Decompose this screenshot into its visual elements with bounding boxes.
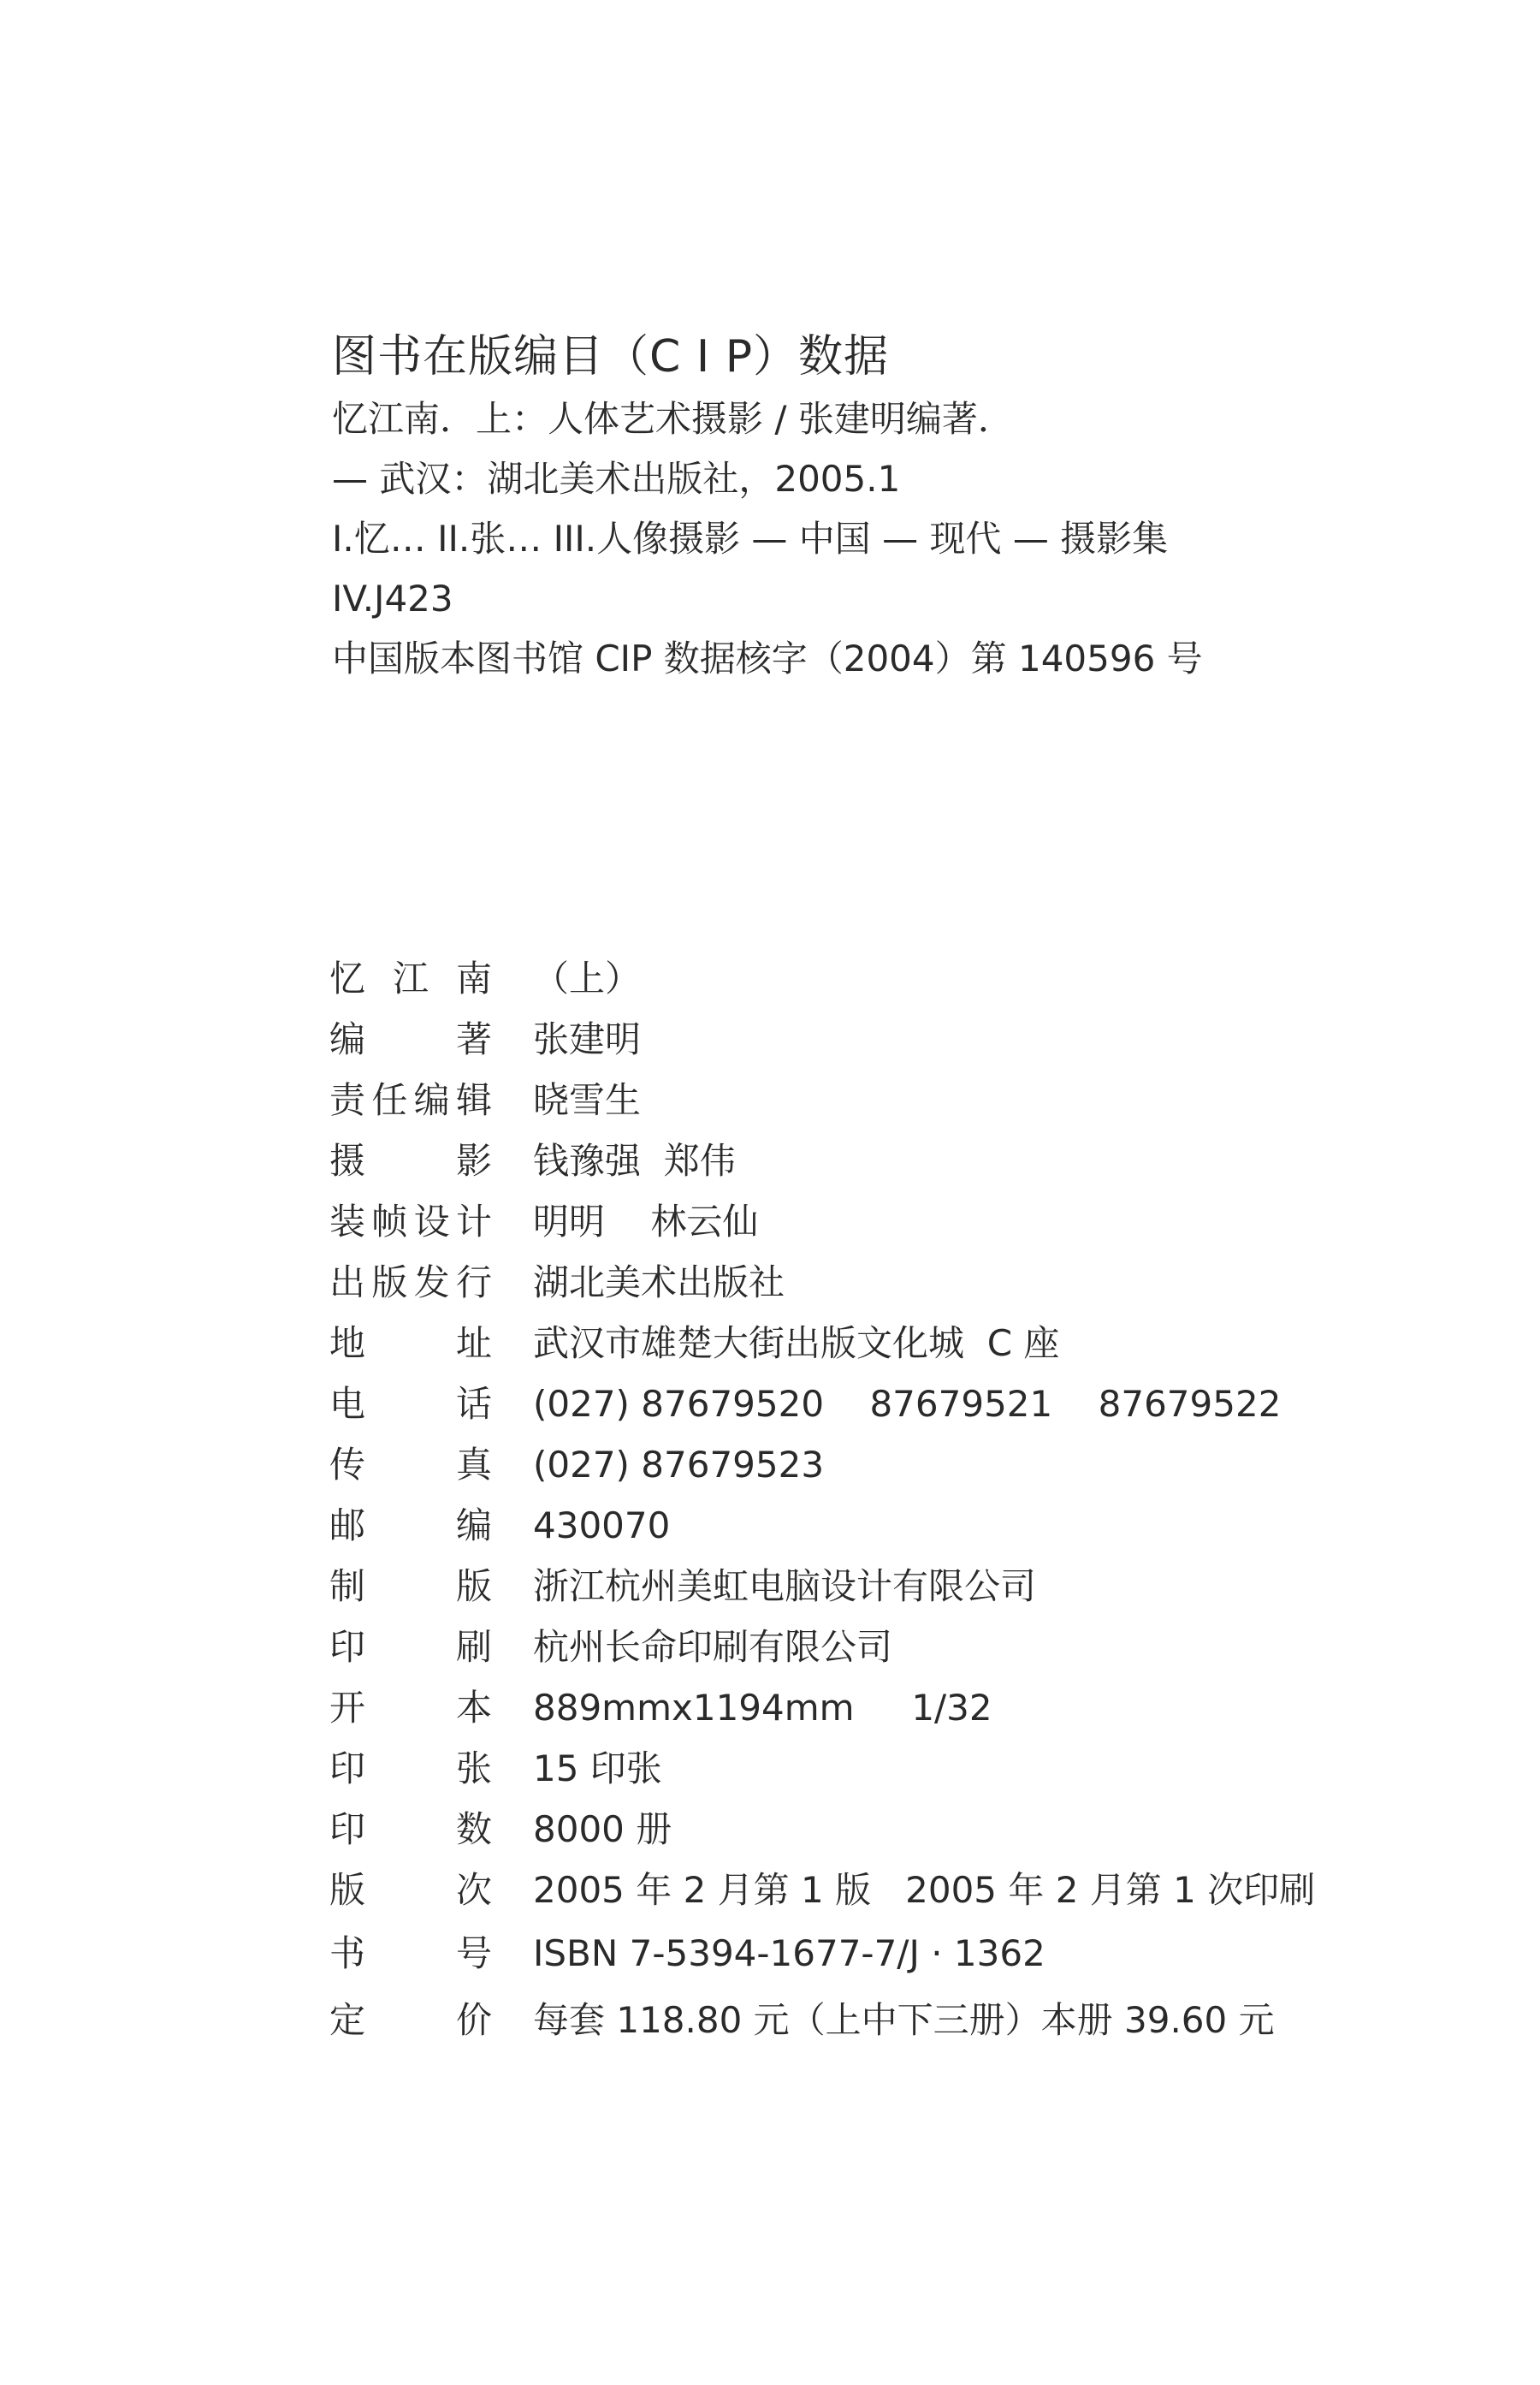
cip-line-subjects: I.忆… II.张… III.人像摄影 — 中国 — 现代 — 摄影集 [332,509,1203,569]
info-label-char: 出 [329,1252,365,1313]
info-label-char: 址 [456,1313,492,1373]
info-label-char: 装 [329,1191,365,1252]
info-label-char: 传 [329,1434,365,1495]
info-label-char: 辑 [456,1070,492,1130]
info-label-char: 书 [329,1920,365,1987]
info-value: ISBN 7-5394-1677-7/J · 1362 [533,1920,1045,1987]
info-value: 钱豫强 郑伟 [533,1130,736,1191]
info-label-char: 本 [456,1677,492,1738]
info-label-char: 电 [329,1373,365,1434]
info-label-char: 设 [414,1191,450,1252]
info-label-char: 南 [456,948,492,1009]
info-label-char: 价 [456,1987,492,2054]
info-value: （上） [533,948,641,1009]
info-label: 书号 [329,1920,492,1987]
info-label: 出版发行 [329,1252,492,1313]
info-label-char: 刷 [456,1617,492,1677]
info-value: 张建明 [533,1009,641,1070]
info-label: 忆江南 [329,948,492,1009]
info-label-char: 编 [329,1009,365,1070]
info-label-char: 数 [456,1799,492,1860]
info-value: 明明 林云仙 [533,1191,758,1252]
info-value: 8000 册 [533,1799,672,1860]
info-label-char: 印 [329,1738,365,1799]
info-label-char: 著 [456,1009,492,1070]
info-label-char: 开 [329,1677,365,1738]
cip-title: 图书在版编目（C I P）数据 [332,329,1203,384]
info-value: 889mmx1194mm 1/32 [533,1677,992,1738]
info-value: 晓雪生 [533,1070,641,1130]
info-label: 开本 [329,1677,492,1738]
info-value: 浙江杭州美虹电脑设计有限公司 [533,1556,1036,1617]
info-label-char: 摄 [329,1130,365,1191]
info-label: 编著 [329,1009,492,1070]
info-label-char: 影 [456,1130,492,1191]
info-value: 武汉市雄楚大街出版文化城 C 座 [533,1313,1059,1373]
info-label-char: 行 [456,1252,492,1313]
info-label: 印刷 [329,1617,492,1677]
info-label-char: 印 [329,1617,365,1677]
info-label-char: 江 [393,948,429,1009]
info-label-char: 责 [329,1070,365,1130]
cip-line-classification: IV.J423 [332,569,1203,629]
info-label-char: 版 [456,1556,492,1617]
info-label-char: 编 [456,1495,492,1556]
cip-block: 图书在版编目（C I P）数据 忆江南．上：人体艺术摄影 / 张建明编著． — … [332,329,1203,689]
info-label-char: 发 [414,1252,450,1313]
info-label-char: 真 [456,1434,492,1495]
cip-line-verification: 中国版本图书馆 CIP 数据核字（2004）第 140596 号 [332,629,1203,689]
info-label-char: 任 [371,1070,407,1130]
info-label: 版次 [329,1860,492,1920]
info-value: 2005 年 2 月第 1 版 2005 年 2 月第 1 次印刷 [533,1860,1315,1920]
info-label-char: 帧 [371,1191,407,1252]
info-label-char: 邮 [329,1495,365,1556]
info-label: 定价 [329,1987,492,2054]
info-label: 责任编辑 [329,1070,492,1130]
info-label-char: 版 [329,1860,365,1920]
cip-line-publisher: — 武汉：湖北美术出版社，2005.1 [332,449,1203,509]
info-label-char: 计 [456,1191,492,1252]
info-value: (027) 87679523 [533,1434,824,1495]
info-label-char: 制 [329,1556,365,1617]
cip-line-title-author: 忆江南．上：人体艺术摄影 / 张建明编著． [332,389,1203,449]
info-label-char: 定 [329,1987,365,2054]
info-label: 印数 [329,1799,492,1860]
info-label: 摄影 [329,1130,492,1191]
info-label: 电话 [329,1373,492,1434]
info-label-char: 话 [456,1373,492,1434]
info-value: 430070 [533,1495,670,1556]
info-label-char: 忆 [329,948,365,1009]
info-value: 湖北美术出版社 [533,1252,785,1313]
info-label-char: 印 [329,1799,365,1860]
info-label: 地址 [329,1313,492,1373]
info-value: (027) 87679520 87679521 87679522 [533,1373,1281,1434]
info-label-char: 张 [456,1738,492,1799]
info-label-char: 次 [456,1860,492,1920]
info-label: 制版 [329,1556,492,1617]
info-label-char: 版 [371,1252,407,1313]
info-value: 15 印张 [533,1738,662,1799]
info-label-char: 编 [414,1070,450,1130]
info-label-char: 地 [329,1313,365,1373]
info-label: 传真 [329,1434,492,1495]
info-label-char: 号 [456,1920,492,1987]
info-label: 邮编 [329,1495,492,1556]
info-value: 杭州长命印刷有限公司 [533,1617,892,1677]
info-label: 印张 [329,1738,492,1799]
info-label: 装帧设计 [329,1191,492,1252]
info-value: 每套 118.80 元（上中下三册）本册 39.60 元 [533,1987,1275,2054]
